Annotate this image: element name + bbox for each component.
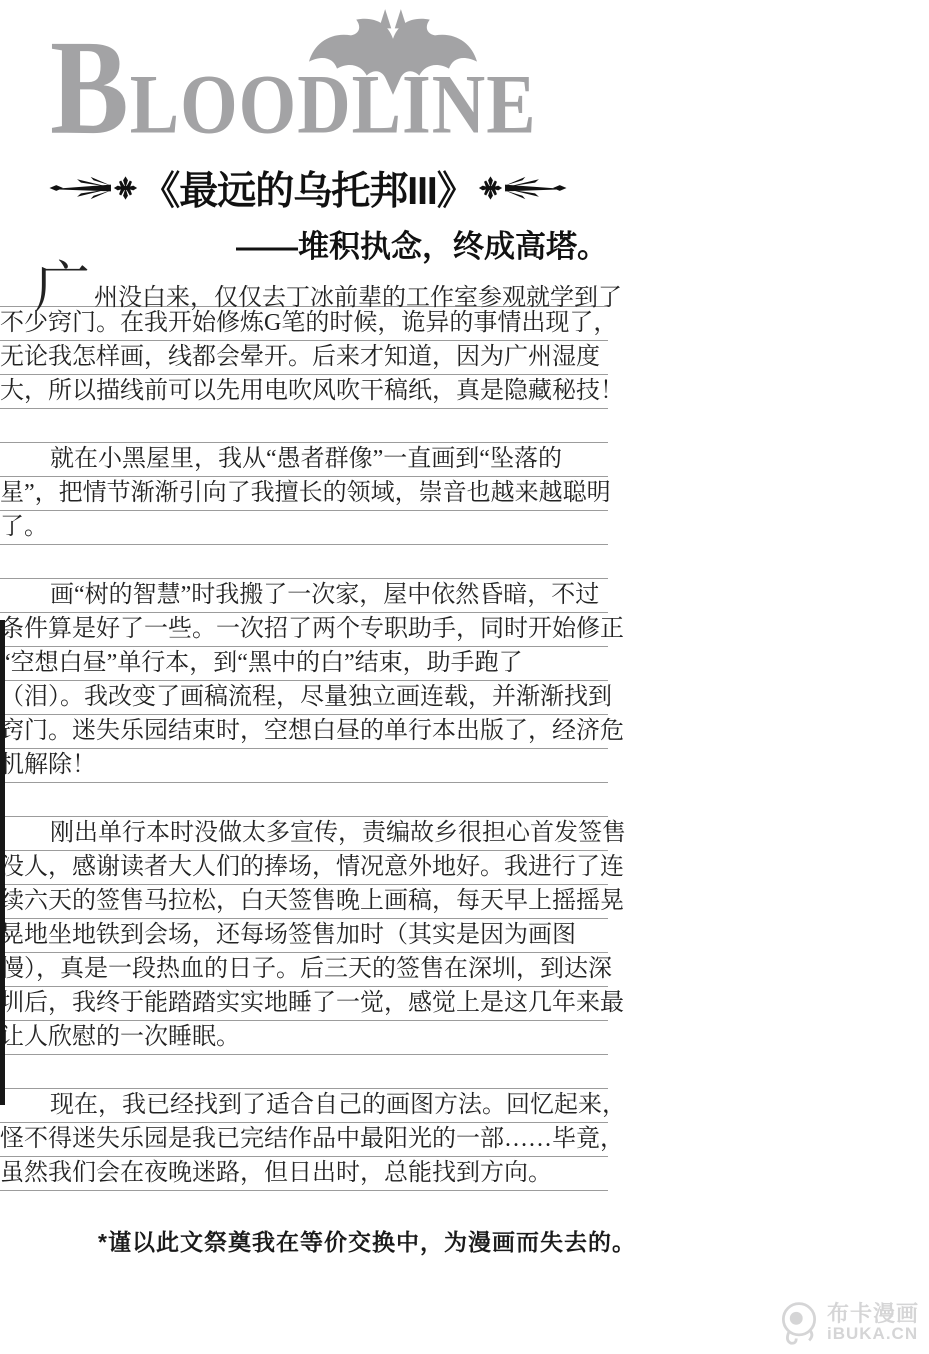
buka-logo-icon — [776, 1298, 822, 1346]
logo-rest: LOODLINE — [130, 58, 537, 152]
line-text: 圳后，我终于能踏踏实实地睡了一觉，感觉上是这几年来最 — [0, 990, 624, 1016]
line-text: 慢），真是一段热血的日子。后三天的签售在深圳，到达深 — [0, 956, 612, 982]
text-line: 无论我怎样画，线都会晕开。后来才知道，因为广州湿度 — [0, 341, 608, 375]
text-line: “空想白昼”单行本，到“黑中的白”结束，助手跑了 — [0, 647, 608, 681]
ruled-separator — [0, 545, 608, 579]
text-line: 刚出单行本时没做太多宣传，责编故乡很担心首发签售 — [0, 817, 608, 851]
text-line: 虽然我们会在夜晚迷路，但日出时，总能找到方向。 — [0, 1157, 608, 1191]
bloodline-logo: BLOODLINE — [50, 25, 537, 169]
text-line: 续六天的签售马拉松，白天签售晚上画稿，每天早上摇摇晃 — [0, 885, 608, 919]
text-line: （泪）。我改变了画稿流程，尽量独立画连载，并渐渐找到 — [0, 681, 608, 715]
text-line: 机解除！ — [0, 749, 608, 783]
text-line: 晃地坐地铁到会场，还每场签售加时（其实是因为画图 — [0, 919, 608, 953]
ruled-separator — [0, 1055, 608, 1089]
line-text: 了。 — [0, 514, 48, 540]
line-text: 虽然我们会在夜晚迷路，但日出时，总能找到方向。 — [0, 1160, 552, 1186]
line-text: 续六天的签售马拉松，白天签售晚上画稿，每天早上摇摇晃 — [0, 888, 624, 914]
line-text: “空想白昼”单行本，到“黑中的白”结束，助手跑了 — [0, 650, 523, 676]
line-text: 刚出单行本时没做太多宣传，责编故乡很担心首发签售 — [50, 820, 626, 846]
text-line: 条件算是好了一些。一次招了两个专职助手，同时开始修正 — [0, 613, 608, 647]
watermark-site-url: iBUKA.CN — [827, 1325, 919, 1342]
line-text: 就在小黑屋里，我从“愚者群像”一直画到“坠落的 — [50, 446, 562, 472]
footnote: *谨以此文祭奠我在等价交换中，为漫画而失去的。 — [98, 1224, 636, 1257]
text-line: 广州没白来，仅仅去丁冰前辈的工作室参观就学到了 — [0, 273, 608, 307]
line-text: 画“树的智慧”时我搬了一次家，屋中依然昏暗，不过 — [50, 582, 599, 608]
essay-body: 广州没白来，仅仅去丁冰前辈的工作室参观就学到了 不少窍门。在我开始修炼G笔的时候… — [0, 273, 608, 1191]
subtitle: ——堆积执念，终成高塔。 — [8, 221, 608, 266]
line-text: 现在，我已经找到了适合自己的画图方法。回忆起来， — [50, 1092, 626, 1118]
line-text: 机解除！ — [0, 752, 96, 778]
watermark-site-name: 布卡漫画 — [827, 1303, 919, 1325]
title-band: 《最远的乌托邦III》 — [8, 160, 608, 216]
text-line: 怪不得迷失乐园是我已完结作品中最阳光的一部……毕竟， — [0, 1123, 608, 1157]
watermark-text: 布卡漫画 iBUKA.CN — [827, 1303, 919, 1342]
line-text: 没人，感谢读者大人们的捧场，情况意外地好。我进行了连 — [0, 854, 624, 880]
line-text: 大，所以描线前可以先用电吹风吹干稿纸，真是隐藏秘技！ — [0, 378, 624, 404]
text-line: 慢），真是一段热血的日子。后三天的签售在深圳，到达深 — [0, 953, 608, 987]
text-line: 现在，我已经找到了适合自己的画图方法。回忆起来， — [0, 1089, 608, 1123]
text-line: 窍门。迷失乐园结束时，空想白昼的单行本出版了，经济危 — [0, 715, 608, 749]
ruled-separator — [0, 409, 608, 443]
flourish-left-icon — [49, 164, 141, 212]
text-line: 了。 — [0, 511, 608, 545]
line-text: 怪不得迷失乐园是我已完结作品中最阳光的一部……毕竟， — [0, 1126, 624, 1152]
text-line: 星”，把情节渐渐引向了我擅长的领域，崇音也越来越聪明 — [0, 477, 608, 511]
ruled-separator — [0, 783, 608, 817]
text-line: 大，所以描线前可以先用电吹风吹干稿纸，真是隐藏秘技！ — [0, 375, 608, 409]
line-text: （泪）。我改变了画稿流程，尽量独立画连载，并渐渐找到 — [0, 684, 612, 710]
line-text: 条件算是好了一些。一次招了两个专职助手，同时开始修正 — [0, 616, 624, 642]
scanned-afterword-page: BLOODLINE — [0, 0, 929, 1354]
line-text: 星”，把情节渐渐引向了我擅长的领域，崇音也越来越聪明 — [0, 480, 611, 506]
line-text: 窍门。迷失乐园结束时，空想白昼的单行本出版了，经济危 — [0, 718, 624, 744]
line-text: 晃地坐地铁到会场，还每场签售加时（其实是因为画图 — [0, 922, 576, 948]
text-line: 没人，感谢读者大人们的捧场，情况意外地好。我进行了连 — [0, 851, 608, 885]
logo-initial: B — [50, 12, 130, 163]
text-line: 画“树的智慧”时我搬了一次家，屋中依然昏暗，不过 — [0, 579, 608, 613]
page-title: 《最远的乌托邦III》 — [141, 160, 475, 216]
text-line: 圳后，我终于能踏踏实实地睡了一觉，感觉上是这几年来最 — [0, 987, 608, 1021]
text-line: 让人欣慰的一次睡眠。 — [0, 1021, 608, 1055]
line-text: 让人欣慰的一次睡眠。 — [0, 1024, 240, 1050]
scan-edge-bar — [0, 620, 5, 1105]
text-line: 就在小黑屋里，我从“愚者群像”一直画到“坠落的 — [0, 443, 608, 477]
line-text: 无论我怎样画，线都会晕开。后来才知道，因为广州湿度 — [0, 344, 600, 370]
flourish-right-icon — [475, 164, 567, 212]
watermark: 布卡漫画 iBUKA.CN — [776, 1298, 919, 1346]
text-line: 不少窍门。在我开始修炼G笔的时候，诡异的事情出现了， — [0, 307, 608, 341]
line-text: 不少窍门。在我开始修炼G笔的时候，诡异的事情出现了， — [0, 310, 617, 336]
